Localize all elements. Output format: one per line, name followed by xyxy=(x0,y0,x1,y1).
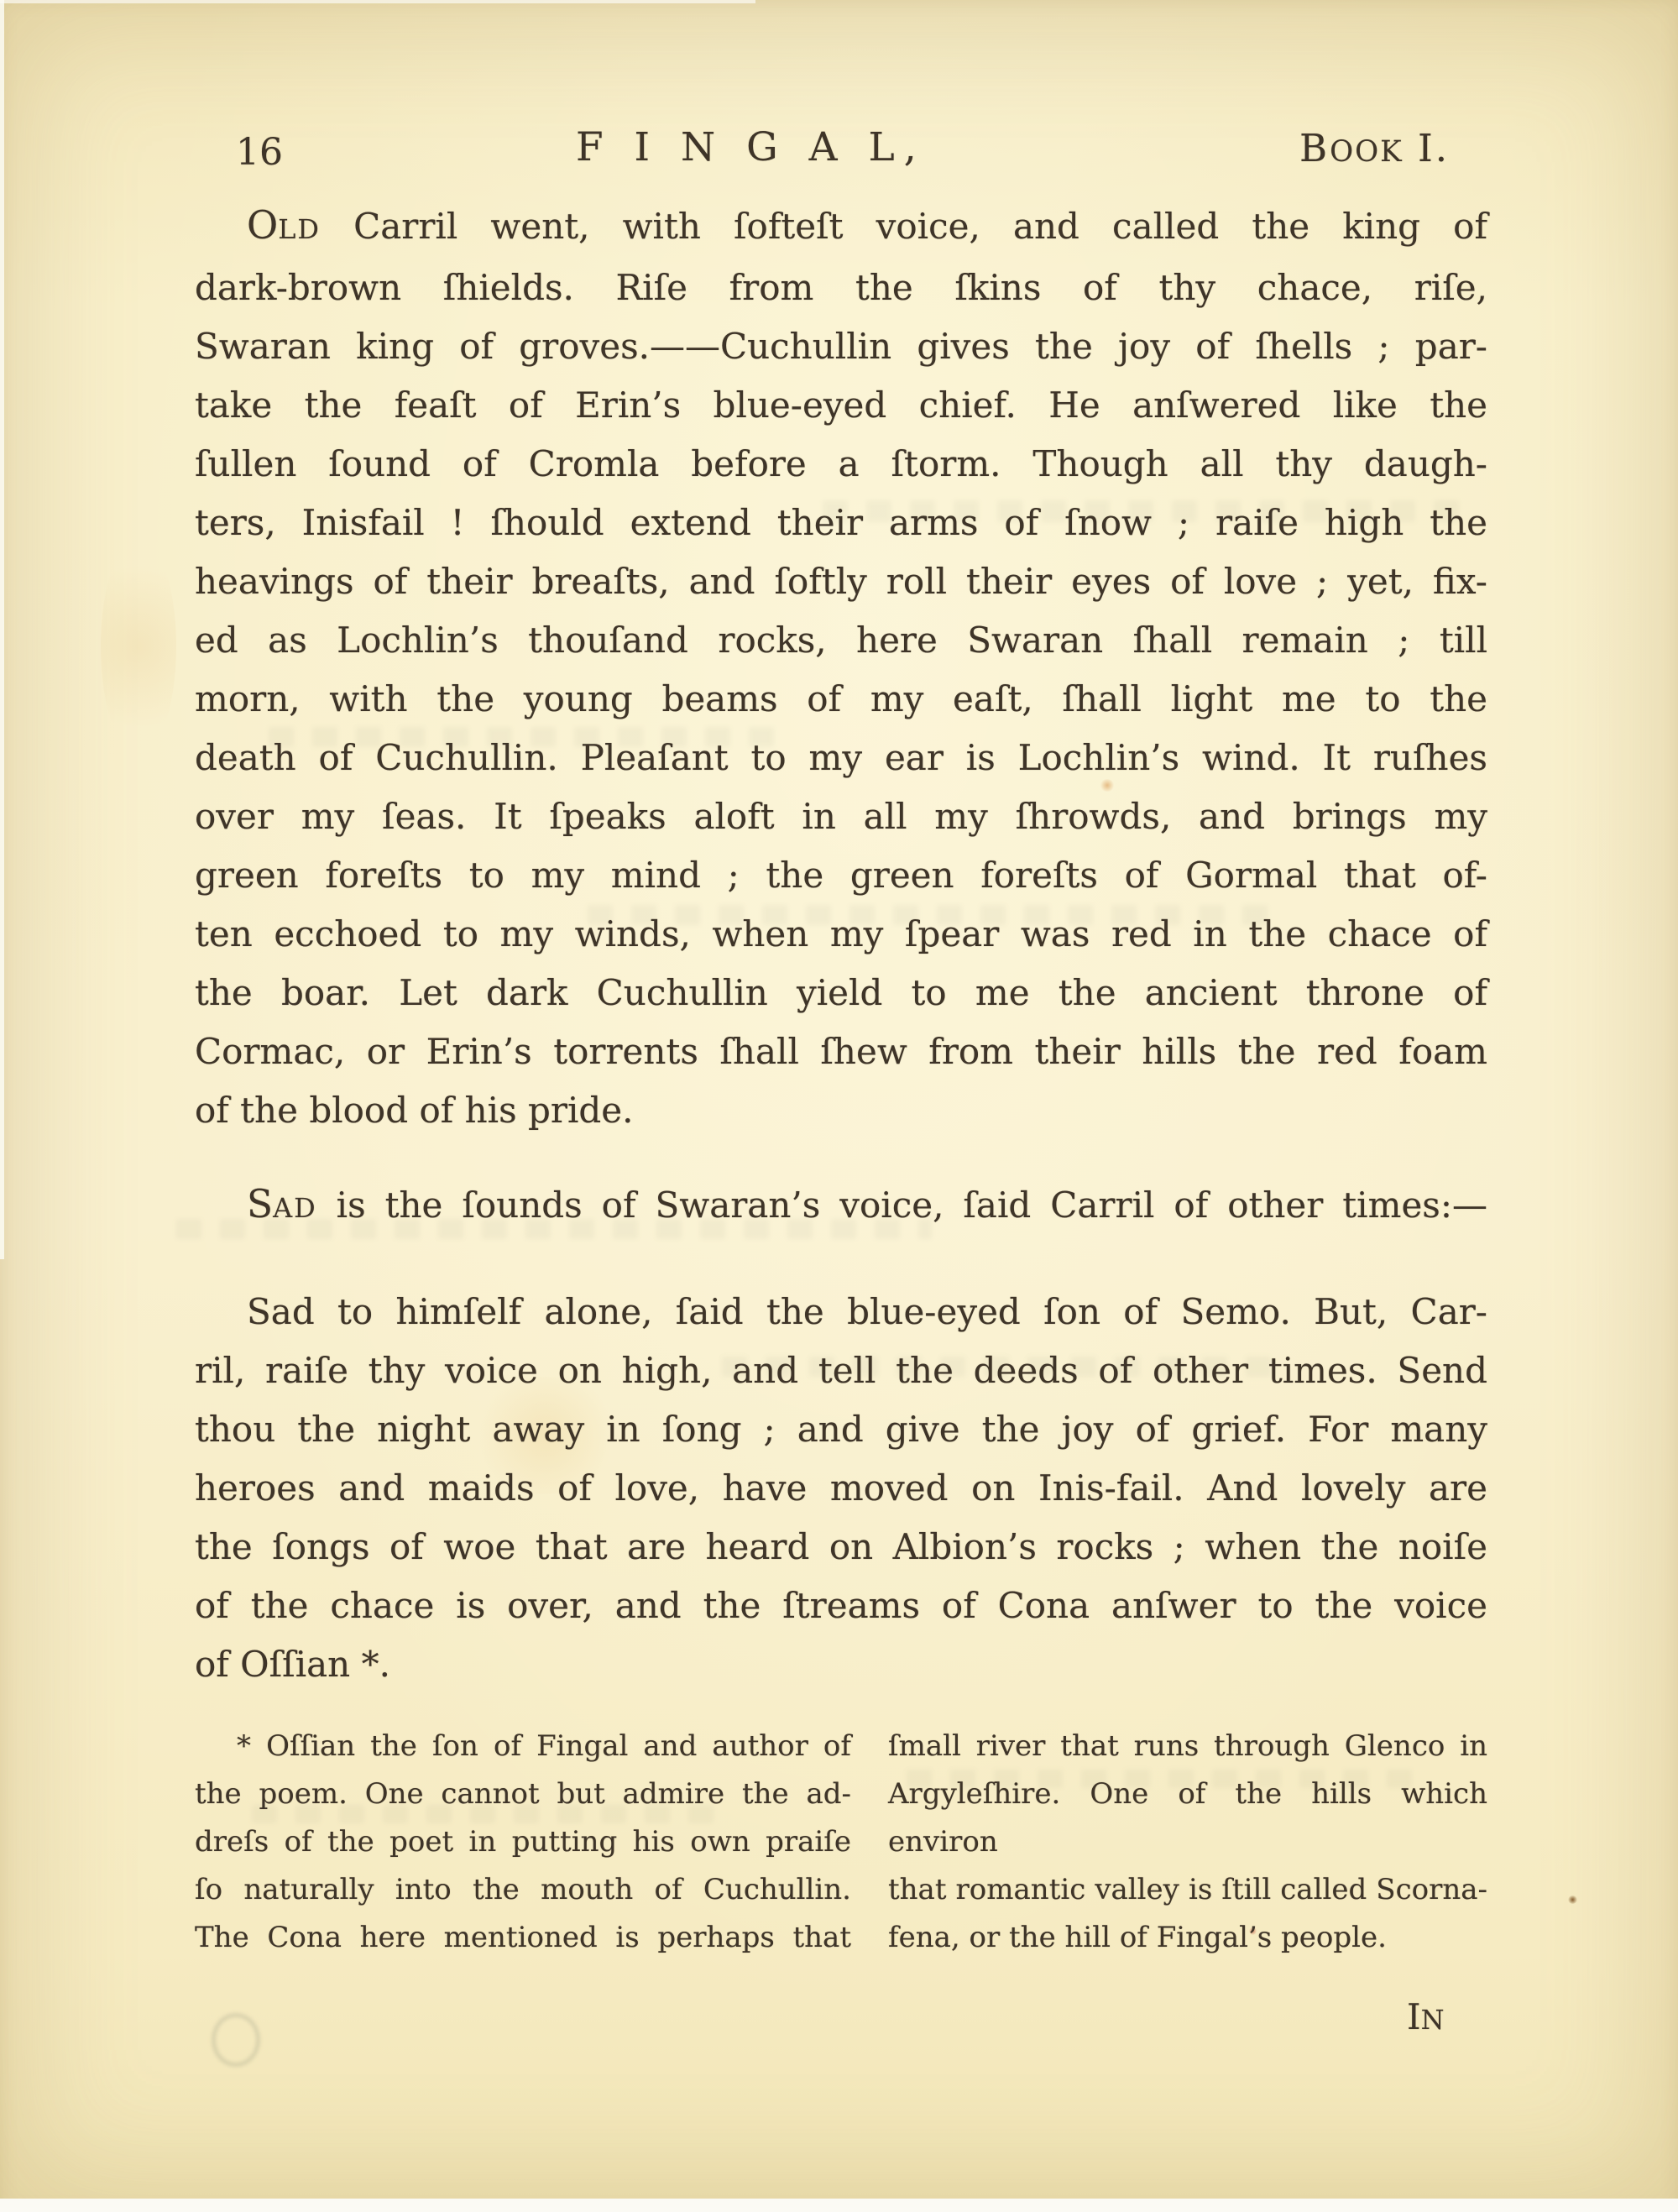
text-line: ſmall river that runs through Glenco in xyxy=(888,1723,1487,1770)
text-line: thou the night away in ſong ; and give t… xyxy=(195,1400,1487,1459)
text-line: death of Cuchullin. Pleaſant to my ear i… xyxy=(195,729,1487,787)
text-line: fena, or the hill of Fingal’s people. xyxy=(888,1914,1487,1962)
text-line: Swaran king of groves.——Cuchullin gives … xyxy=(195,317,1487,376)
book-page: 16 F I N G A L, BOOK I. OLD Carril went,… xyxy=(0,0,1678,2212)
text-line: over my ſeas. It ſpeaks aloft in all my … xyxy=(195,787,1487,846)
footnote-right: ſmall river that runs through Glenco inA… xyxy=(888,1723,1487,1962)
text-line: the poem. One cannot but admire the ad- xyxy=(195,1770,851,1818)
text-line: ſo naturally into the mouth of Cuchullin… xyxy=(195,1866,851,1914)
opening-small-caps: AD xyxy=(273,1192,317,1224)
text-line: dark-brown ſhields. Riſe from the ſkins … xyxy=(195,259,1487,317)
book-label-lead: B xyxy=(1299,126,1330,170)
paper-stain xyxy=(101,537,176,756)
page-number: 16 xyxy=(236,131,283,174)
text-line: OLD Carril went, with ſofteſt voice, and… xyxy=(195,196,1487,259)
paper-stain xyxy=(1568,1896,1577,1904)
text-line: of the blood of his pride. xyxy=(195,1081,1487,1140)
catchword: IN xyxy=(1407,1996,1446,2037)
book-label: BOOK I. xyxy=(1299,126,1450,170)
text-line: the boar. Let dark Cuchullin yield to me… xyxy=(195,964,1487,1022)
showthrough-letter xyxy=(212,2013,260,2067)
text-line: Argyleſhire. One of the hills which envi… xyxy=(888,1770,1487,1866)
text-line: the ſongs of woe that are heard on Albio… xyxy=(195,1518,1487,1577)
opening-initial: S xyxy=(247,1182,273,1226)
book-label-tail: I. xyxy=(1404,126,1450,170)
text-line: heavings of their breaſts, and ſoftly ro… xyxy=(195,552,1487,611)
text-line: of the chace is over, and the ſtreams of… xyxy=(195,1577,1487,1635)
opening-initial: O xyxy=(247,203,278,248)
text-line: ters, Inisfail ! ſhould extend their arm… xyxy=(195,494,1487,552)
text-line: Sad to himſelf alone, ſaid the blue-eyed… xyxy=(195,1283,1487,1341)
text-line: SAD is the ſounds of Swaran’s voice, ſai… xyxy=(195,1175,1487,1237)
catchword-lead: I xyxy=(1407,1996,1421,2037)
running-title: F I N G A L, xyxy=(576,124,926,170)
catchword-caps: N xyxy=(1421,2004,1446,2036)
text-line: Cormac, or Erin’s torrents ſhall ſhew fr… xyxy=(195,1022,1487,1081)
footnote-left-lines: * Oſſian the ſon of Fingal and author of… xyxy=(195,1723,851,1962)
text-line: ten ecchoed to my winds, when my ſpear w… xyxy=(195,905,1487,964)
paragraph-3: Sad to himſelf alone, ſaid the blue-eyed… xyxy=(195,1283,1487,1694)
text-line: ſullen ſound of Cromla before a ſtorm. T… xyxy=(195,435,1487,494)
paragraph-1: OLD Carril went, with ſofteſt voice, and… xyxy=(195,196,1487,1140)
text-line: dreſs of the poet in putting his own pra… xyxy=(195,1818,851,1866)
scan-edge-top xyxy=(0,0,755,3)
text-line: of Oſſian *. xyxy=(195,1635,1487,1694)
text-line: * Oſſian the ſon of Fingal and author of xyxy=(195,1723,851,1770)
scan-edge-left xyxy=(0,0,4,1259)
text-line: ril, raiſe thy voice on high, and tell t… xyxy=(195,1341,1487,1400)
book-label-caps: OOK xyxy=(1330,135,1404,169)
line-text: is the ſounds of Swaran’s voice, ſaid Ca… xyxy=(317,1184,1487,1226)
paragraph-3-lines: Sad to himſelf alone, ſaid the blue-eyed… xyxy=(195,1283,1487,1694)
text-line: The Cona here mentioned is perhaps that xyxy=(195,1914,851,1962)
scan-edge-bottom xyxy=(0,2199,1678,2212)
footnote-right-lines: ſmall river that runs through Glenco inA… xyxy=(888,1723,1487,1962)
line-text: Carril went, with ſofteſt voice, and cal… xyxy=(321,206,1487,247)
footnote-left: * Oſſian the ſon of Fingal and author of… xyxy=(195,1723,851,1962)
text-line: green foreſts to my mind ; the green for… xyxy=(195,846,1487,905)
opening-small-caps: LD xyxy=(278,213,321,245)
text-line: heroes and maids of love, have moved on … xyxy=(195,1459,1487,1518)
paragraph-2: SAD is the ſounds of Swaran’s voice, ſai… xyxy=(195,1175,1487,1237)
paragraph-1-lines: dark-brown ſhields. Riſe from the ſkins … xyxy=(195,259,1487,1140)
text-line: take the feaſt of Erin’s blue-eyed chief… xyxy=(195,376,1487,435)
text-line: that romantic valley is ſtill called Sco… xyxy=(888,1866,1487,1914)
text-line: ed as Lochlin’s thouſand rocks, here Swa… xyxy=(195,611,1487,670)
text-line: morn, with the young beams of my eaſt, ſ… xyxy=(195,670,1487,729)
